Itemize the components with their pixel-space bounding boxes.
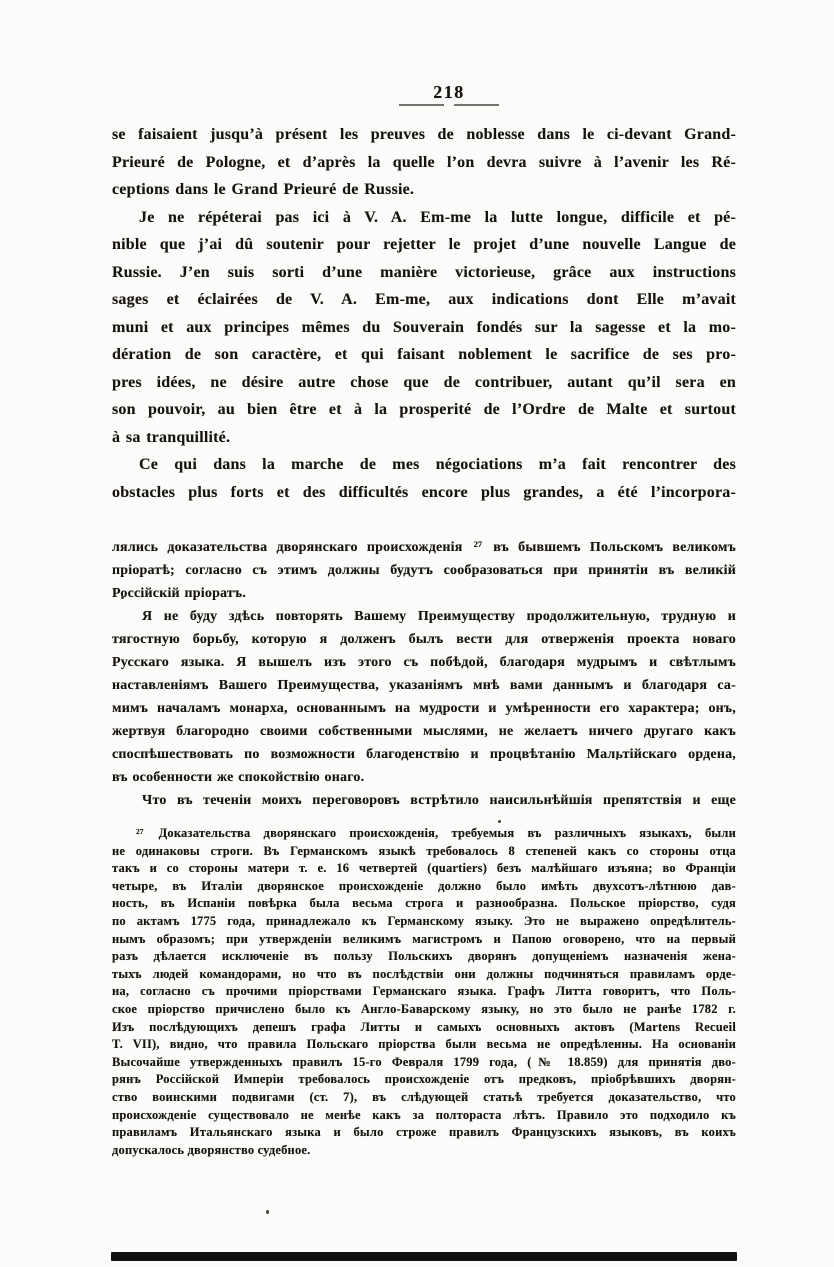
ink-speck: [266, 1210, 269, 1214]
rule-segment-right: [454, 104, 499, 106]
text-line: по актамъ 1775 года, принадлежало къ Гер…: [112, 913, 736, 931]
footnote-reference: 27: [474, 540, 482, 549]
text-line: Je ne répéterai pas ici à V. A. Em-me la…: [112, 204, 736, 232]
footnote-block: 27 Доказательства дворянскаго происхожде…: [112, 825, 736, 1159]
scanned-book-page: 218 se faisaient jusqu’à présent les pre…: [0, 0, 834, 1267]
text-line: Русскаго языка. Я вышелъ изъ этого съ по…: [112, 651, 736, 674]
text-line: разъ дѣлается исключеніе въ пользу Польс…: [112, 948, 736, 966]
page-number: 218: [433, 82, 465, 103]
page-number-rule: [399, 104, 499, 106]
text-line: въ особенности же спокойствію онаго.: [112, 766, 736, 789]
text-line: Россійскій пріоратъ.: [112, 582, 736, 605]
text-line: Высочайше утвержденныхъ правилъ 15-го Фе…: [112, 1054, 736, 1072]
ink-speck: [121, 596, 124, 599]
paragraph-french-2: Je ne répéterai pas ici à V. A. Em-me la…: [112, 204, 736, 452]
text-line: 27 Доказательства дворянскаго происхожде…: [112, 825, 736, 843]
text-line: споспѣшествовать по возможности благоден…: [112, 743, 736, 766]
text-line: тыхъ людей командорами, но что въ послѣд…: [112, 966, 736, 984]
paragraph-russian-1: лялись доказательства дворянскаго происх…: [112, 536, 736, 605]
text-line: наставленіямъ Вашего Преимущества, указа…: [112, 674, 736, 697]
text-line: мимъ началамъ монарха, основаннымъ на му…: [112, 697, 736, 720]
text-line: ство воинскими подвигами (ст. 7), въ слѣ…: [112, 1089, 736, 1107]
text-line: такъ и со стороны матери т. е. 16 четвер…: [112, 860, 736, 878]
paragraph-french-1: se faisaient jusqu’à présent les preuves…: [112, 121, 736, 204]
paragraph-russian-3: Что въ теченіи моихъ переговоровъ встрѣт…: [112, 789, 736, 812]
text-line: жертвуя благородно своими собственными м…: [112, 720, 736, 743]
text-line: не одинаковы строги. Въ Германскомъ язык…: [112, 843, 736, 861]
text-line: Ce qui dans la marche de mes négociation…: [112, 451, 736, 479]
ink-speck: [498, 820, 501, 823]
text-line: se faisaient jusqu’à présent les preuves…: [112, 121, 736, 149]
text-line: dération de son caractère, et qui faisan…: [112, 341, 736, 369]
text-line: лялись доказательства дворянскаго происх…: [112, 536, 736, 559]
paragraph-french-3: Ce qui dans la marche de mes négociation…: [112, 451, 736, 506]
text-line: Russie. J’en suis sorti d’une manière vi…: [112, 259, 736, 287]
text-line: muni et aux principes mêmes du Souverain…: [112, 314, 736, 342]
paragraph-footnote-27: 27 Доказательства дворянскаго происхожде…: [112, 825, 736, 1159]
rule-segment-left: [399, 104, 444, 106]
text-line: четыре, въ Италіи дворянское происхожден…: [112, 878, 736, 896]
text-line: правиламъ Итальянскаго языка и было стро…: [112, 1124, 736, 1142]
text-line: son pouvoir, au bien être et à la prospe…: [112, 396, 736, 424]
text-line: pres idées, ne désire autre chose que de…: [112, 369, 736, 397]
text-line: на, согласно съ прочими пріорствами Герм…: [112, 983, 736, 1001]
text-line: Prieuré de Pologne, et d’après la quelle…: [112, 149, 736, 177]
ink-speck: [616, 757, 618, 760]
russian-text-block: лялись доказательства дворянскаго происх…: [112, 536, 736, 812]
text-line: допускалось дворянство судебное.: [112, 1142, 736, 1160]
text-line: ское пріорство причислено было къ Англо-…: [112, 1001, 736, 1019]
text-line: рянъ Россійской Имперіи требовалось прои…: [112, 1071, 736, 1089]
text-line: тягостную борьбу, которую я долженъ былъ…: [112, 628, 736, 651]
text-line: Изъ послѣдующихъ депешъ графа Литты и са…: [112, 1019, 736, 1037]
footnote-reference: 27: [136, 827, 144, 836]
text-line: ceptions dans le Grand Prieuré de Russie…: [112, 176, 736, 204]
text-line: obstacles plus forts et des difficultés …: [112, 479, 736, 507]
text-line: Что въ теченіи моихъ переговоровъ встрѣт…: [112, 789, 736, 812]
french-text-block: se faisaient jusqu’à présent les preuves…: [112, 121, 736, 506]
text-line: sages et éclairées de V. A. Em-me, aux i…: [112, 286, 736, 314]
text-line: à sa tranquillité.: [112, 424, 736, 452]
scan-artifact-bar: [111, 1252, 737, 1261]
text-line: нымъ образомъ; при утвержденіи великимъ …: [112, 931, 736, 949]
text-line: T. VII), видно, что правила Польскаго пр…: [112, 1036, 736, 1054]
text-line: пріоратѣ; согласно съ этимъ должны будут…: [112, 559, 736, 582]
text-line: происхожденіе существовало не менѣе какъ…: [112, 1107, 736, 1125]
text-line: nible que j’ai dû soutenir pour rejetter…: [112, 231, 736, 259]
text-line: ность, въ Испаніи повѣрка была весьма ст…: [112, 895, 736, 913]
text-line: Я не буду здѣсь повторять Вашему Преимущ…: [112, 605, 736, 628]
paragraph-russian-2: Я не буду здѣсь повторять Вашему Преимущ…: [112, 605, 736, 789]
